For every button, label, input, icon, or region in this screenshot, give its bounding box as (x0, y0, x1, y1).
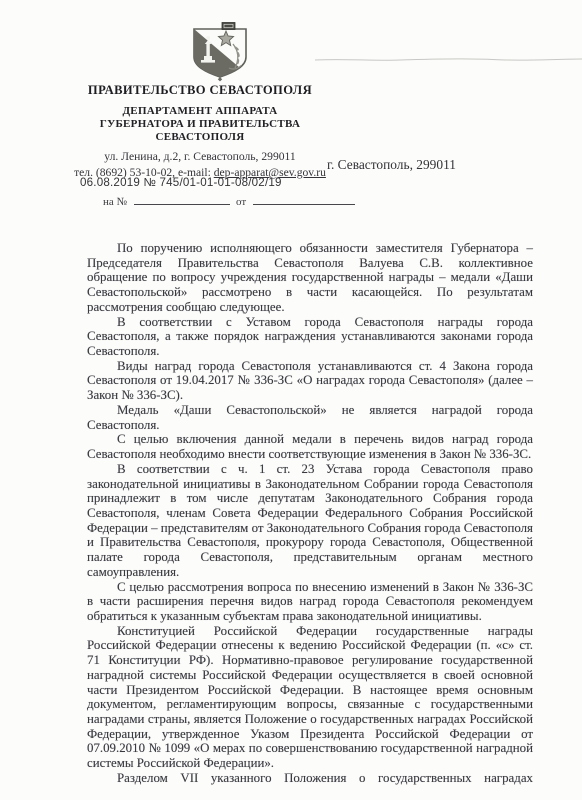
reply-date-blank (253, 194, 355, 205)
reply-from-label: от (236, 196, 246, 208)
recipient-city: г. Севастополь, 299011 (327, 157, 456, 173)
reply-ref-line: на №от (103, 194, 355, 208)
paragraph: Виды наград города Севастополя устанавли… (87, 359, 533, 403)
paragraph: Медаль «Даши Севастопольской» не являетс… (87, 403, 533, 432)
outgoing-ref-number: 06.08.2019 № 745/01-01-01-08/02/19 (80, 176, 282, 189)
letterhead: ПРАВИТЕЛЬСТВО СЕВАСТОПОЛЯ ДЕПАРТАМЕНТ АП… (30, 83, 370, 179)
reply-number-blank (134, 194, 230, 205)
paragraph: С целью включения данной медали в перече… (87, 432, 533, 461)
scan-crease-line (315, 53, 582, 65)
paragraph: С целью рассмотрения вопроса по внесению… (87, 580, 533, 624)
paragraph: По поручению исполняющего обязанности за… (87, 241, 533, 315)
reply-no-label: на № (103, 196, 127, 208)
letter-body: По поручению исполняющего обязанности за… (87, 241, 533, 786)
department-name: ДЕПАРТАМЕНТ АППАРАТА ГУБЕРНАТОРА И ПРАВИ… (30, 105, 370, 144)
department-line: СЕВАСТОПОЛЯ (30, 131, 370, 144)
paragraph: Конституцией Российской Федерации госуда… (87, 624, 533, 771)
paragraph: Разделом VII указанного Положения о госу… (87, 771, 533, 786)
org-address: ул. Ленина, д.2, г. Севастополь, 299011 (30, 150, 370, 163)
paragraph: В соответствии с Уставом города Севастоп… (87, 315, 533, 359)
paragraph: В соответствии с ч. 1 ст. 23 Устава горо… (87, 462, 533, 580)
department-line: ДЕПАРТАМЕНТ АППАРАТА (30, 105, 370, 118)
department-line: ГУБЕРНАТОРА И ПРАВИТЕЛЬСТВА (30, 118, 370, 131)
scanned-letter-page: ПРАВИТЕЛЬСТВО СЕВАСТОПОЛЯ ДЕПАРТАМЕНТ АП… (0, 0, 582, 800)
org-title: ПРАВИТЕЛЬСТВО СЕВАСТОПОЛЯ (30, 83, 370, 98)
sevastopol-coat-of-arms-icon (189, 21, 251, 83)
